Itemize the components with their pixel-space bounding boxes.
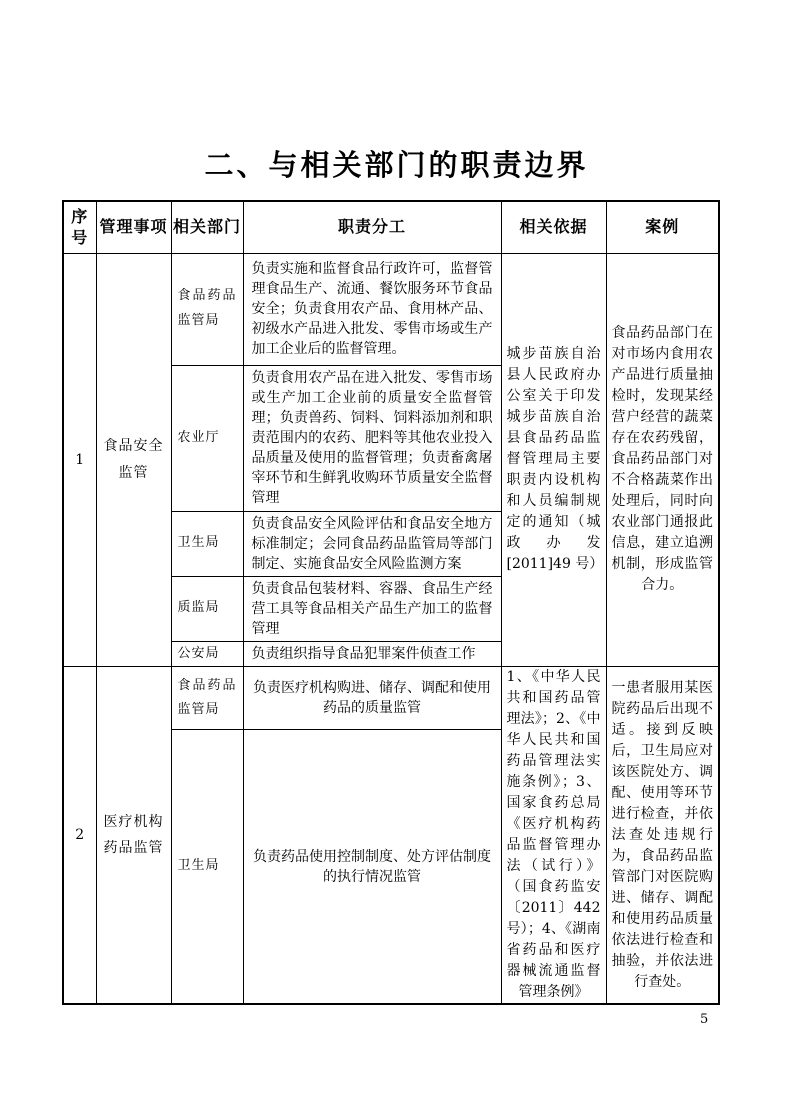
document-page: 二、与相关部门的职责边界 序号 管理事项 相关部门 职责分工 相关依据 案例 1… [0,0,793,1096]
row1-basis: 城步苗族自治县人民政府办公室关于印发城步苗族自治县食品药品监督管理局主要职责内设… [501,253,606,667]
row2-index: 2 [63,667,96,1005]
row1-dept-health: 卫生局 [171,511,243,576]
row1-category: 食品安全监管 [96,253,171,667]
row2-duty-health: 负责药品使用控制制度、处方评估制度的执行情况监管 [243,730,501,1004]
header-index: 序号 [63,201,96,253]
row2-dept-food-drug-bureau: 食品药品监管局 [171,667,243,730]
table-row: 2 医疗机构药品监管 食品药品监管局 负责医疗机构购进、储存、调配和使用药品的质… [63,667,719,730]
row2-category: 医疗机构药品监管 [96,667,171,1005]
row1-duty-health: 负责食品安全风险评估和食品安全地方标准制定；会同食品药品监管局等部门制定、实施食… [243,511,501,576]
row1-duty-police: 负责组织指导食品犯罪案件侦查工作 [243,641,501,667]
header-department: 相关部门 [171,201,243,253]
row1-duty-quality: 负责食品包装材料、容器、食品生产经营工具等食品相关产品生产加工的监督管理 [243,576,501,641]
header-duty: 职责分工 [243,201,501,253]
row1-dept-agriculture: 农业厅 [171,365,243,511]
header-basis: 相关依据 [501,201,606,253]
row1-duty-food-drug-bureau: 负责实施和监督食品行政许可，监督管理食品生产、流通、餐饮服务环节食品安全；负责食… [243,253,501,365]
header-category: 管理事项 [96,201,171,253]
row2-case: 一患者服用某医院药品后出现不适。接到反映后，卫生局应对该医院处方、调配、使用等环… [606,667,719,1005]
row1-dept-food-drug-bureau: 食品药品监管局 [171,253,243,365]
page-number: 5 [700,1012,708,1027]
row1-dept-quality: 质监局 [171,576,243,641]
header-case: 案例 [606,201,719,253]
responsibility-boundary-table: 序号 管理事项 相关部门 职责分工 相关依据 案例 1 食品安全监管 食品药品监… [62,200,720,1005]
row1-dept-police: 公安局 [171,641,243,667]
row2-dept-health: 卫生局 [171,730,243,1004]
row1-index: 1 [63,253,96,667]
table-header-row: 序号 管理事项 相关部门 职责分工 相关依据 案例 [63,201,719,253]
table-row: 1 食品安全监管 食品药品监管局 负责实施和监督食品行政许可，监督管理食品生产、… [63,253,719,365]
page-title: 二、与相关部门的职责边界 [0,143,793,184]
row2-basis: 1、《中华人民共和国药品管理法》；2、《中华人民共和国药品管理法实施条例》；3、… [501,667,606,1005]
row1-duty-agriculture: 负责食用农产品在进入批发、零售市场或生产加工企业前的质量安全监督管理；负责兽药、… [243,365,501,511]
row1-case: 食品药品部门在对市场内食用农产品进行质量抽检时，发现某经营户经营的蔬菜存在农药残… [606,253,719,667]
row2-duty-food-drug-bureau: 负责医疗机构购进、储存、调配和使用药品的质量监管 [243,667,501,730]
